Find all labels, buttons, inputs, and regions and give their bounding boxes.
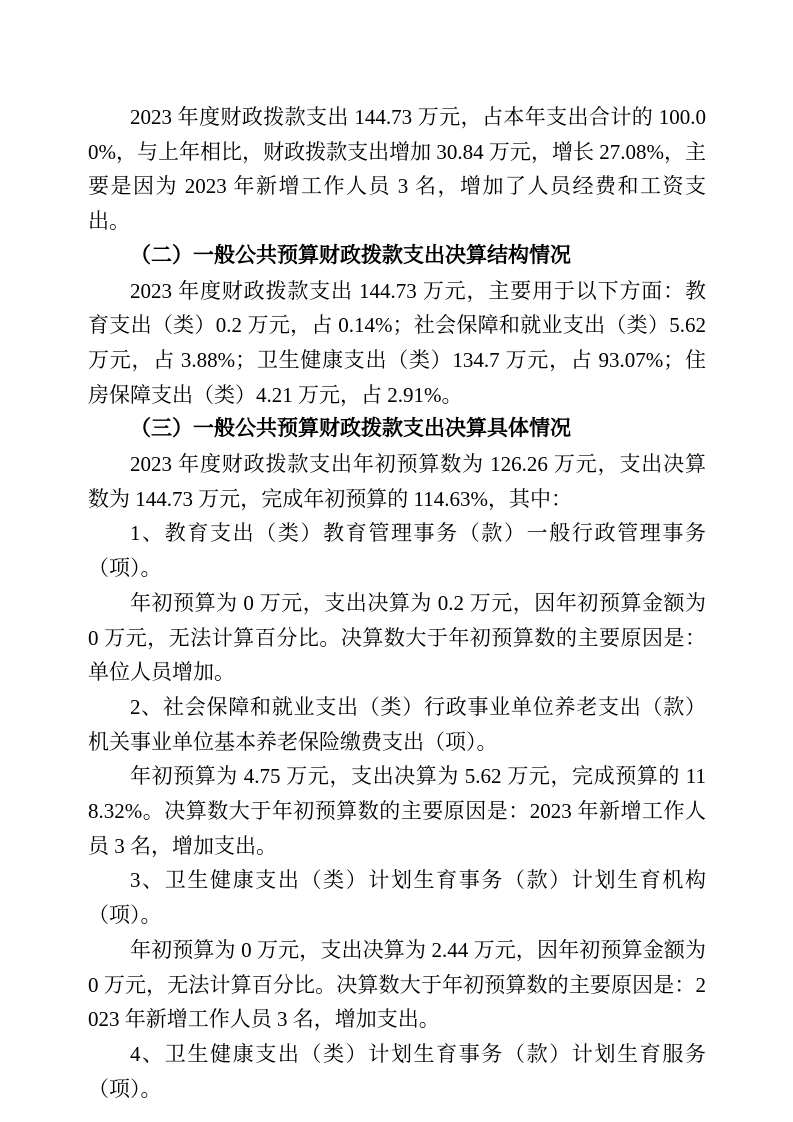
paragraph: 2023 年度财政拨款支出 144.73 万元，主要用于以下方面：教育支出（类）… — [88, 274, 706, 413]
paragraph: 年初预算为 4.75 万元，支出决算为 5.62 万元，完成预算的 118.32… — [88, 759, 706, 863]
paragraph: 2、社会保障和就业支出（类）行政事业单位养老支出（款）机关事业单位基本养老保险缴… — [88, 690, 706, 759]
paragraph: 年初预算为 0 万元，支出决算为 2.44 万元，因年初预算金额为 0 万元，无… — [88, 933, 706, 1037]
section-heading: （三）一般公共预算财政拨款支出决算具体情况 — [88, 412, 706, 447]
paragraph: 年初预算为 0 万元，支出决算为 0.2 万元，因年初预算金额为 0 万元，无法… — [88, 586, 706, 690]
section-heading: （二）一般公共预算财政拨款支出决算结构情况 — [88, 239, 706, 274]
paragraph: 4、卫生健康支出（类）计划生育事务（款）计划生育服务（项）。 — [88, 1037, 706, 1106]
paragraph: 2023 年度财政拨款支出 144.73 万元，占本年支出合计的 100.00%… — [88, 100, 706, 239]
document-body: 2023 年度财政拨款支出 144.73 万元，占本年支出合计的 100.00%… — [88, 100, 706, 1106]
paragraph: 1、教育支出（类）教育管理事务（款）一般行政管理事务（项）。 — [88, 516, 706, 585]
paragraph: 3、卫生健康支出（类）计划生育事务（款）计划生育机构（项）。 — [88, 863, 706, 932]
document-page: 2023 年度财政拨款支出 144.73 万元，占本年支出合计的 100.00%… — [0, 0, 793, 1122]
paragraph: 2023 年度财政拨款支出年初预算数为 126.26 万元，支出决算数为 144… — [88, 447, 706, 516]
